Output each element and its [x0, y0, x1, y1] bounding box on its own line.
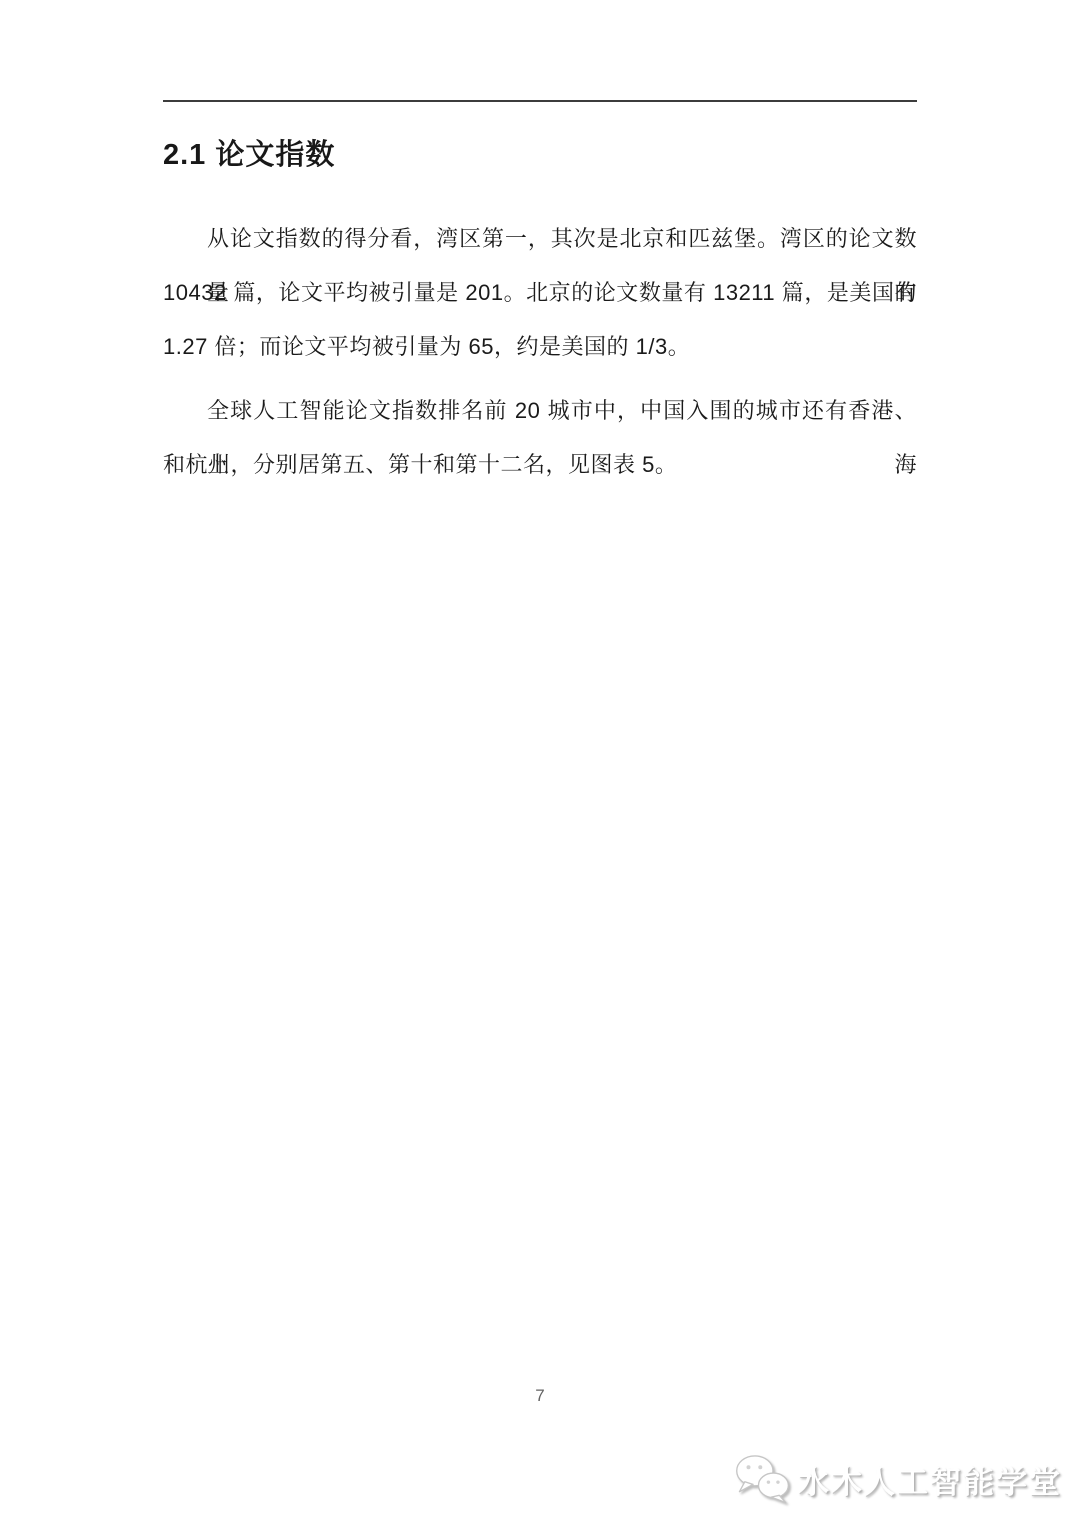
header-rule	[163, 100, 917, 102]
text-line: 全球人工智能论文指数排名前 20 城市中，中国入围的城市还有香港、上海	[163, 384, 917, 438]
document-page: 2.1 论文指数 从论文指数的得分看，湾区第一，其次是北京和匹兹堡。湾区的论文数…	[0, 0, 1080, 1527]
paragraph-1: 从论文指数的得分看，湾区第一，其次是北京和匹兹堡。湾区的论文数量有 10432 …	[163, 212, 917, 374]
text-line: 从论文指数的得分看，湾区第一，其次是北京和匹兹堡。湾区的论文数量有	[163, 212, 917, 266]
watermark: 水木人工智能学堂	[734, 1453, 1062, 1505]
text-line: 10432 篇，论文平均被引量是 201。北京的论文数量有 13211 篇，是美…	[163, 266, 917, 320]
section-heading: 2.1 论文指数	[163, 132, 335, 173]
paragraph-2: 全球人工智能论文指数排名前 20 城市中，中国入围的城市还有香港、上海 和杭州，…	[163, 384, 917, 492]
wechat-icon	[734, 1453, 792, 1505]
page-number: 7	[0, 1386, 1080, 1406]
text-line: 1.27 倍；而论文平均被引量为 65，约是美国的 1/3。	[163, 320, 917, 374]
watermark-text: 水木人工智能学堂	[798, 1457, 1062, 1502]
